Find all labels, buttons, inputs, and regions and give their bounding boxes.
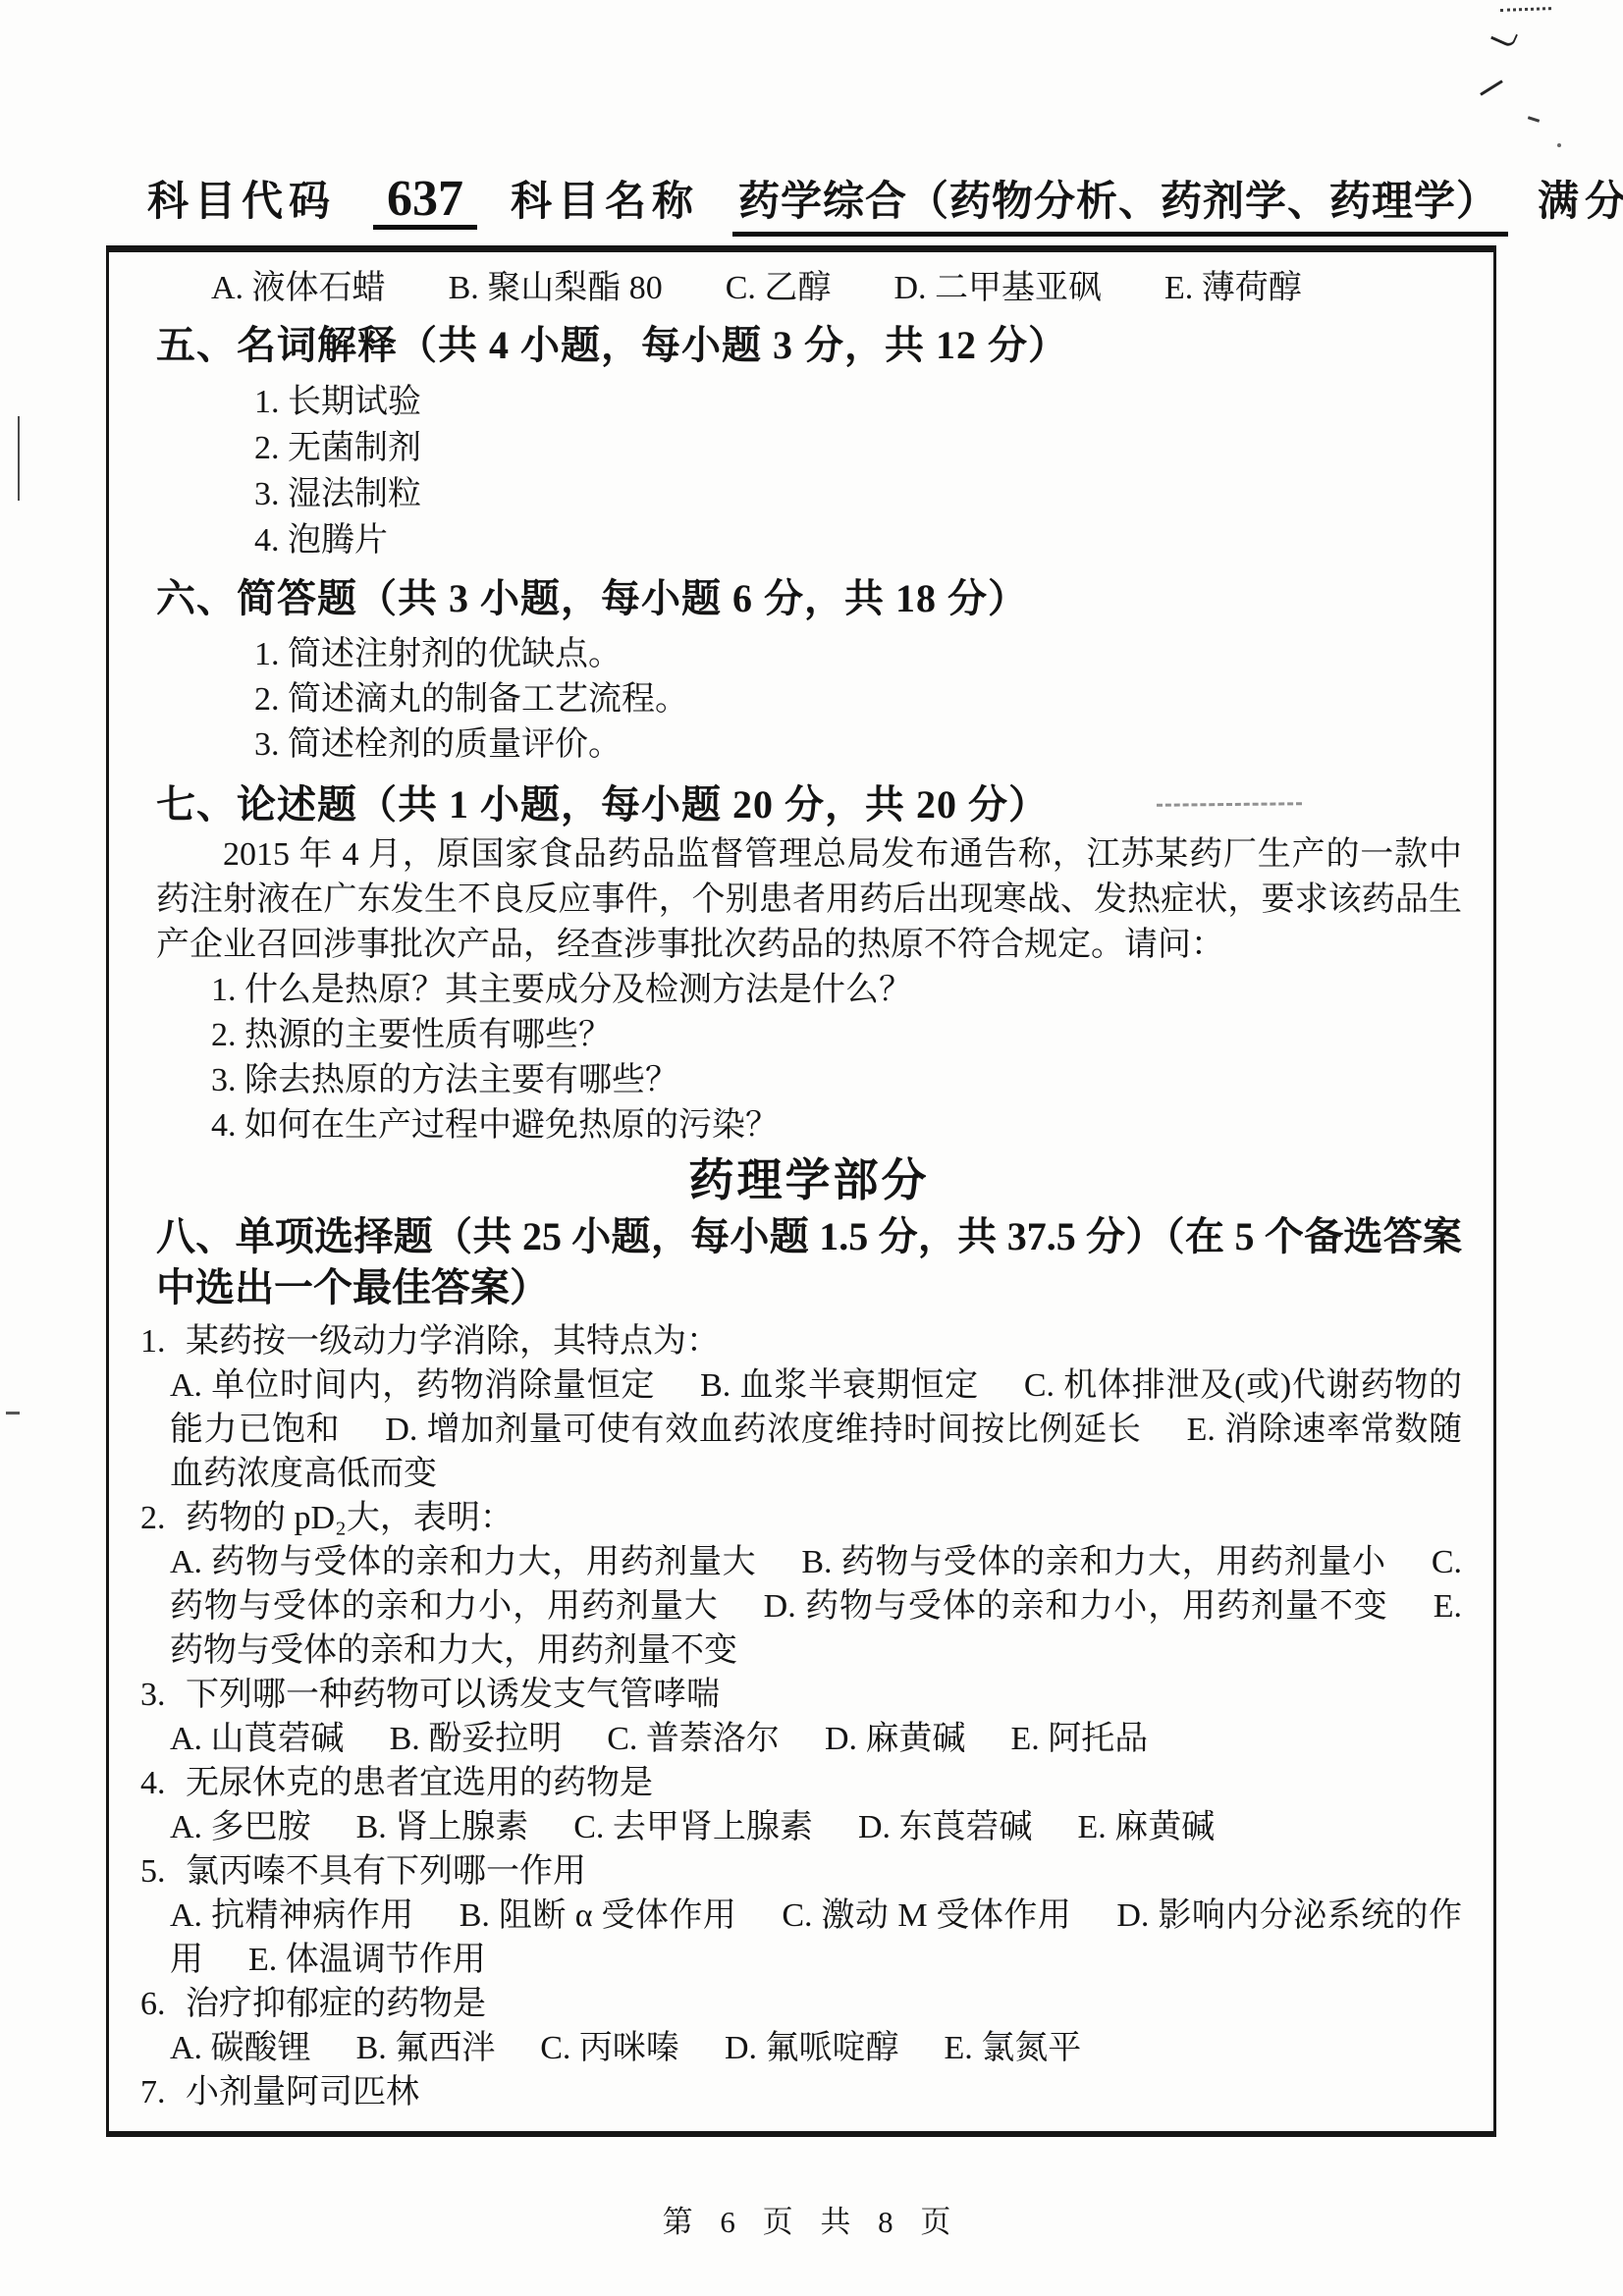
subject-name-label: 科目名称 (511, 169, 699, 228)
question-number: 5. (140, 1849, 186, 1894)
section7-passage: 2015 年 4 月，原国家食品药品监督管理总局发布通告称，江苏某药厂生产的一款… (156, 832, 1462, 968)
section6-list: 1. 简述注射剂的优缺点。 2. 简述滴丸的制备工艺流程。 3. 简述栓剂的质量… (254, 632, 1462, 768)
option: D. 东莨菪碱 (858, 1809, 1033, 1845)
option: B. 氟西泮 (356, 2030, 496, 2066)
list-item: 2. 热源的主要性质有哪些？ (211, 1013, 1462, 1058)
scan-artifact (6, 1412, 20, 1415)
question-2: 2.药物的 pD₂大，表明： A. 药物与受体的亲和力大，用药剂量大B. 药物与… (140, 1496, 1462, 1673)
option: A. 山莨菪碱 (170, 1721, 345, 1757)
list-item: 3. 湿法制粒 (254, 471, 1462, 517)
option: B. 肾上腺素 (356, 1809, 529, 1845)
list-item: 4. 如何在生产过程中避免热原的污染？ (211, 1103, 1462, 1148)
option-d: D. 二甲基亚砜 (893, 266, 1102, 310)
option: B. 血浆半衰期恒定 (700, 1367, 979, 1404)
exam-header: 科目代码 637 科目名称 药学综合（药物分析、药剂学、药理学） 满分 300 (147, 169, 1505, 237)
question-stem: 某药按一级动力学消除，其特点为： (186, 1323, 720, 1360)
list-item: 1. 长期试验 (254, 379, 1462, 425)
option-a: A. 液体石蜡 (211, 266, 386, 310)
option: B. 酚妥拉明 (390, 1721, 563, 1757)
question-number: 1. (140, 1319, 186, 1363)
question-stem: 治疗抑郁症的药物是 (186, 1986, 486, 2022)
option: E. 体温调节作用 (248, 1942, 486, 1978)
option: A. 单位时间内，药物消除量恒定 (170, 1367, 655, 1404)
question-6: 6.治疗抑郁症的药物是 A. 碳酸锂B. 氟西泮C. 丙咪嗪D. 氟哌啶醇E. … (140, 1982, 1462, 2070)
option: D. 氟哌啶醇 (725, 2030, 899, 2066)
list-item: 3. 除去热原的方法主要有哪些？ (211, 1058, 1462, 1103)
section7-list: 1. 什么是热原？其主要成分及检测方法是什么？ 2. 热源的主要性质有哪些？ 3… (211, 968, 1462, 1148)
section8-heading: 八、单项选择题（共 25 小题，每小题 1.5 分，共 37.5 分）（在 5 … (156, 1211, 1462, 1313)
page-footer: 第 6 页 共 8 页 (0, 2197, 1623, 2241)
question-number: 2. (140, 1496, 186, 1540)
question-stem: 无尿休克的患者宜选用的药物是 (186, 1765, 653, 1801)
question-5: 5.氯丙嗪不具有下列哪一作用 A. 抗精神病作用B. 阻断 α 受体作用C. 激… (140, 1849, 1462, 1982)
scan-artifact (1528, 116, 1540, 123)
question-number: 6. (140, 1982, 186, 2026)
option: C. 去甲肾上腺素 (573, 1809, 813, 1845)
section5-list: 1. 长期试验 2. 无菌制剂 3. 湿法制粒 4. 泡腾片 (254, 379, 1462, 563)
subject-name-value: 药学综合（药物分析、药剂学、药理学） (732, 169, 1508, 237)
list-item: 2. 简述滴丸的制备工艺流程。 (254, 677, 1462, 722)
option-c: C. 乙醇 (726, 266, 832, 310)
option: B. 药物与受体的亲和力大，用药剂量小 (801, 1544, 1385, 1580)
question-3: 3.下列哪一种药物可以诱发支气管哮喘 A. 山莨菪碱B. 酚妥拉明C. 普萘洛尔… (140, 1673, 1462, 1761)
list-item: 3. 简述栓剂的质量评价。 (254, 722, 1462, 768)
scan-artifact (18, 416, 20, 501)
option: E. 氯氮平 (945, 2030, 1082, 2066)
option: C. 激动 M 受体作用 (782, 1897, 1071, 1934)
list-item: 4. 泡腾片 (254, 517, 1462, 563)
scan-artifact (1480, 80, 1503, 95)
list-item: 1. 什么是热原？其主要成分及检测方法是什么？ (211, 968, 1462, 1013)
option: A. 药物与受体的亲和力大，用药剂量大 (170, 1544, 756, 1580)
question-number: 4. (140, 1761, 186, 1805)
option: A. 抗精神病作用 (170, 1897, 414, 1934)
question-number: 7. (140, 2070, 186, 2114)
list-item: 1. 简述注射剂的优缺点。 (254, 632, 1462, 677)
scan-artifact (1557, 143, 1561, 147)
option-b: B. 聚山梨酯 80 (449, 266, 663, 310)
list-item: 2. 无菌制剂 (254, 425, 1462, 471)
full-score-label: 满分 (1538, 169, 1623, 228)
question-stem: 小剂量阿司匹林 (186, 2074, 419, 2110)
question-1: 1.某药按一级动力学消除，其特点为： A. 单位时间内，药物消除量恒定B. 血浆… (140, 1319, 1462, 1496)
exam-content-box: A. 液体石蜡 B. 聚山梨酯 80 C. 乙醇 D. 二甲基亚砜 E. 薄荷醇… (106, 245, 1496, 2137)
option: E. 阿托品 (1011, 1721, 1149, 1757)
option: D. 药物与受体的亲和力小，用药剂量不变 (764, 1588, 1388, 1625)
option-e: E. 薄荷醇 (1164, 266, 1302, 310)
option: B. 阻断 α 受体作用 (460, 1897, 737, 1934)
carryover-options-row: A. 液体石蜡 B. 聚山梨酯 80 C. 乙醇 D. 二甲基亚砜 E. 薄荷醇 (211, 266, 1462, 310)
option: D. 麻黄碱 (825, 1721, 966, 1757)
exam-paper-page: 科目代码 637 科目名称 药学综合（药物分析、药剂学、药理学） 满分 300 … (0, 0, 1623, 2296)
subject-code-value: 637 (373, 174, 477, 230)
section5-heading: 五、名词解释（共 4 小题，每小题 3 分，共 12 分） (156, 320, 1462, 371)
option: A. 碳酸锂 (170, 2030, 311, 2066)
question-stem: 氯丙嗪不具有下列哪一作用 (186, 1853, 586, 1890)
question-stem: 药物的 pD₂大，表明： (186, 1500, 514, 1536)
option: D. 增加剂量可使有效血药浓度维持时间按比例延长 (385, 1412, 1141, 1448)
subject-code-label: 科目代码 (147, 169, 336, 228)
option: E. 麻黄碱 (1078, 1809, 1216, 1845)
option: C. 普萘洛尔 (607, 1721, 780, 1757)
question-4: 4.无尿休克的患者宜选用的药物是 A. 多巴胺B. 肾上腺素C. 去甲肾上腺素D… (140, 1761, 1462, 1849)
pharmacology-part-heading: 药理学部分 (156, 1152, 1462, 1209)
question-number: 3. (140, 1673, 186, 1717)
scan-artifact (1500, 7, 1551, 12)
option: C. 丙咪嗪 (540, 2030, 679, 2066)
option: A. 多巴胺 (170, 1809, 311, 1845)
scan-artifact (1490, 26, 1518, 48)
section7-heading: 七、论述题（共 1 小题，每小题 20 分，共 20 分） (156, 779, 1462, 830)
section8-questions: 1.某药按一级动力学消除，其特点为： A. 单位时间内，药物消除量恒定B. 血浆… (156, 1319, 1462, 2114)
question-7: 7.小剂量阿司匹林 (140, 2070, 1462, 2114)
question-stem: 下列哪一种药物可以诱发支气管哮喘 (186, 1677, 720, 1713)
section6-heading: 六、简答题（共 3 小题，每小题 6 分，共 18 分） (156, 573, 1462, 624)
